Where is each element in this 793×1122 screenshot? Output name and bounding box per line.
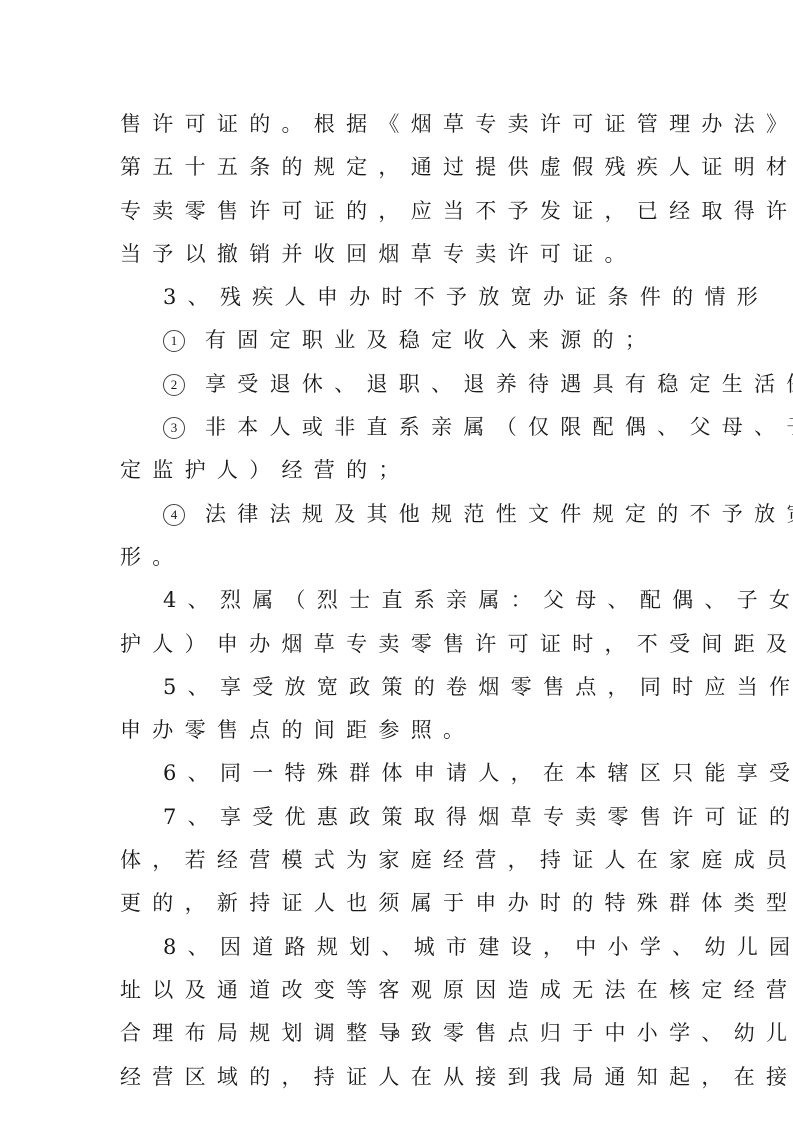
- body-text: 售许可证的。根据《烟草专卖许可证管理办法》第四十六条、 第五十五条的规定，通过提…: [120, 103, 676, 1099]
- text-line: 体，若经营模式为家庭经营，持证人在家庭成员之间进行变: [120, 839, 676, 882]
- section-heading-3: 3、残疾人申办时不予放宽办证条件的情形: [120, 276, 676, 319]
- circled-number-1: 1: [163, 330, 185, 352]
- text-line: 更的，新持证人也须属于申办时的特殊群体类型。: [120, 882, 676, 925]
- list-item: 1有固定职业及稳定收入来源的；: [120, 319, 676, 362]
- text-line: 专卖零售许可证的，应当不予发证，已经取得许可证的，应: [120, 190, 676, 233]
- text-line: 护人）申办烟草专卖零售许可证时，不受间距及总量限制。: [120, 623, 676, 666]
- text-line: 经营区域的，持证人在从接到我局通知起，在接收到通知内: [120, 1056, 676, 1099]
- text-line: 址以及通道改变等客观原因造成无法在核定经营地址经营；: [120, 969, 676, 1012]
- section-paragraph-5: 5、享受放宽政策的卷烟零售点，同时应当作为周边新: [120, 666, 676, 709]
- list-item-text: 非本人或非直系亲属（仅限配偶、父母、子女或法: [205, 415, 793, 439]
- text-line: 第五十五条的规定，通过提供虚假残疾人证明材料办理烟草: [120, 146, 676, 189]
- page-number: 8: [0, 1027, 793, 1041]
- section-paragraph-4: 4、烈属（烈士直系亲属：父母、配偶、子女或法定监: [120, 579, 676, 622]
- list-item-text: 法律法规及其他规范性文件规定的不予放宽的情: [205, 502, 793, 526]
- text-line: 申办零售点的间距参照。: [120, 709, 676, 752]
- section-paragraph-8: 8、因道路规划、城市建设，中小学、幼儿园新建、迁: [120, 926, 676, 969]
- text-line: 售许可证的。根据《烟草专卖许可证管理办法》第四十六条、: [120, 103, 676, 146]
- list-item-text: 享受退休、退职、退养待遇具有稳定生活保障的；: [205, 372, 793, 396]
- text-line: 定监护人）经营的；: [120, 449, 676, 492]
- section-paragraph-6: 6、同一特殊群体申请人，在本辖区只能享受放宽一次。: [120, 752, 676, 795]
- list-item: 2享受退休、退职、退养待遇具有稳定生活保障的；: [120, 363, 676, 406]
- text-line: 当予以撤销并收回烟草专卖许可证。: [120, 233, 676, 276]
- circled-number-3: 3: [163, 417, 185, 439]
- section-paragraph-7: 7、享受优惠政策取得烟草专卖零售许可证的特殊群: [120, 796, 676, 839]
- list-item: 4法律法规及其他规范性文件规定的不予放宽的情: [120, 493, 676, 536]
- text-line: 形。: [120, 536, 676, 579]
- list-item: 3非本人或非直系亲属（仅限配偶、父母、子女或法: [120, 406, 676, 449]
- circled-number-2: 2: [163, 374, 185, 396]
- document-page: 售许可证的。根据《烟草专卖许可证管理办法》第四十六条、 第五十五条的规定，通过提…: [0, 0, 793, 1122]
- list-item-text: 有固定职业及稳定收入来源的；: [205, 328, 657, 352]
- circled-number-4: 4: [163, 504, 185, 526]
